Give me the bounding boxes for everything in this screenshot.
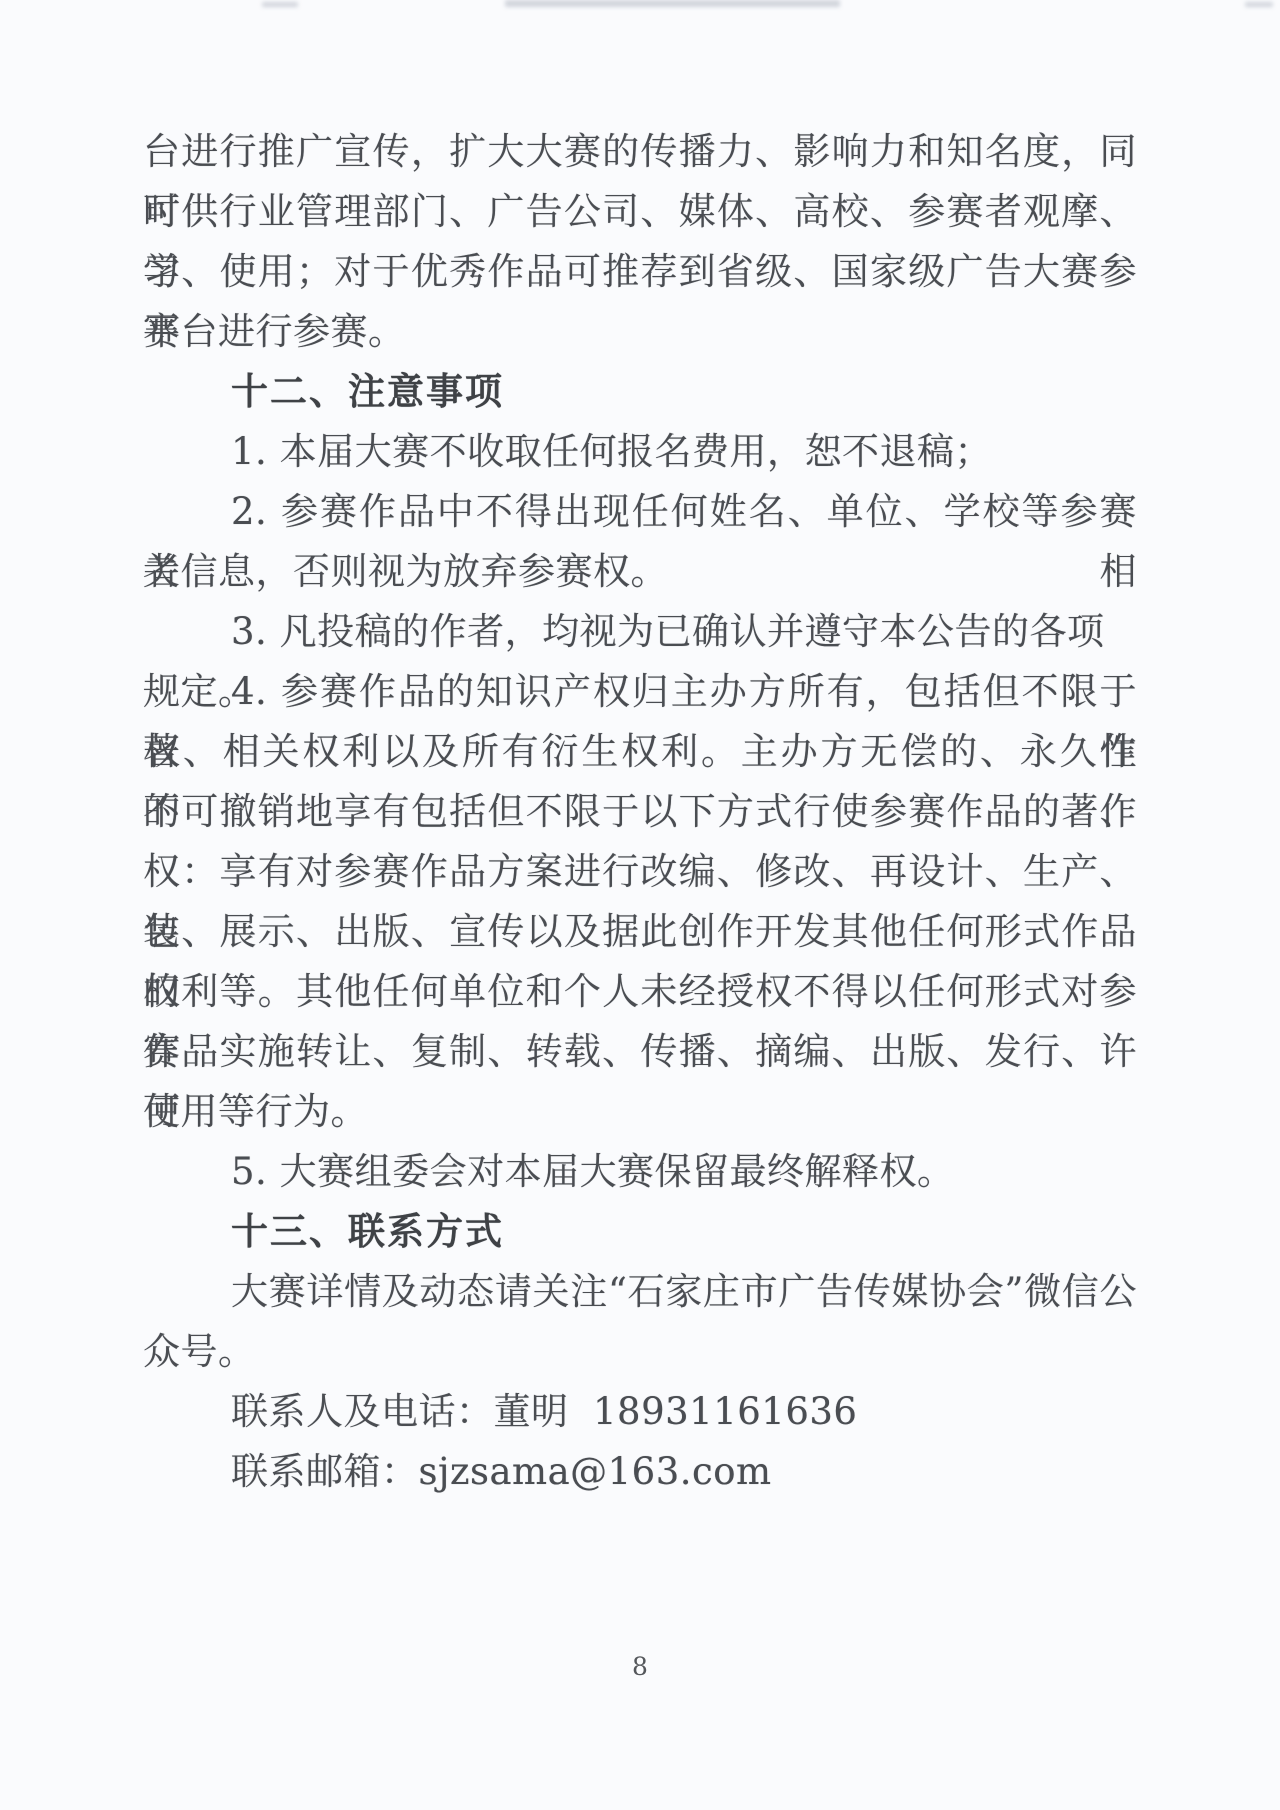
- text-line: 4. 参赛作品的知识产权归主办方所有，包括但不限于著作: [143, 662, 1137, 722]
- text-line: 平台进行参赛。: [143, 302, 1137, 362]
- text-line: 联系人及电话：董明 18931161636: [143, 1382, 1137, 1442]
- text-line: 众号。: [143, 1322, 1137, 1382]
- page-footer: 8: [0, 1652, 1280, 1681]
- text-line: 使用等行为。: [143, 1082, 1137, 1142]
- text-line: 5. 大赛组委会对本届大赛保留最终解释权。: [143, 1142, 1137, 1202]
- text-line: 权利等。其他任何单位和个人未经授权不得以任何形式对参赛: [143, 962, 1137, 1022]
- cropped-header-artifact-left: [262, 2, 298, 7]
- cropped-header-artifact: [505, 0, 840, 7]
- section-heading: 十三、联系方式: [143, 1202, 1137, 1262]
- text-line: 可供行业管理部门、广告公司、媒体、高校、参赛者观摩、学: [143, 182, 1137, 242]
- text-line: 台进行推广宣传，扩大大赛的传播力、影响力和知名度，同时: [143, 122, 1137, 182]
- text-line: 装、展示、出版、宣传以及据此创作开发其他任何形式作品的: [143, 902, 1137, 962]
- text-line: 2. 参赛作品中不得出现任何姓名、单位、学校等参赛者相: [143, 482, 1137, 542]
- document-body: 台进行推广宣传，扩大大赛的传播力、影响力和知名度，同时可供行业管理部门、广告公司…: [143, 122, 1137, 1502]
- text-line: 权、相关权利以及所有衍生权利。主办方无偿的、永久性的、: [143, 722, 1137, 782]
- text-line: 习、使用；对于优秀作品可推荐到省级、国家级广告大赛参赛: [143, 242, 1137, 302]
- text-line: 1. 本届大赛不收取任何报名费用，恕不退稿；: [143, 422, 1137, 482]
- page-number: 8: [632, 1652, 648, 1681]
- cropped-header-artifact-right: [1245, 2, 1273, 7]
- text-line: 大赛详情及动态请关注“石家庄市广告传媒协会”微信公: [143, 1262, 1137, 1322]
- section-heading: 十二、注意事项: [143, 362, 1137, 422]
- text-line: 不可撤销地享有包括但不限于以下方式行使参赛作品的著作: [143, 782, 1137, 842]
- text-line: 联系邮箱：sjzsama@163.com: [143, 1442, 1137, 1502]
- text-line: 权：享有对参赛作品方案进行改编、修改、再设计、生产、包: [143, 842, 1137, 902]
- scanned-document-page: 台进行推广宣传，扩大大赛的传播力、影响力和知名度，同时可供行业管理部门、广告公司…: [0, 0, 1280, 1810]
- text-line: 3. 凡投稿的作者，均视为已确认并遵守本公告的各项规定。: [143, 602, 1137, 662]
- text-line: 作品实施转让、复制、转载、传播、摘编、出版、发行、许可: [143, 1022, 1137, 1082]
